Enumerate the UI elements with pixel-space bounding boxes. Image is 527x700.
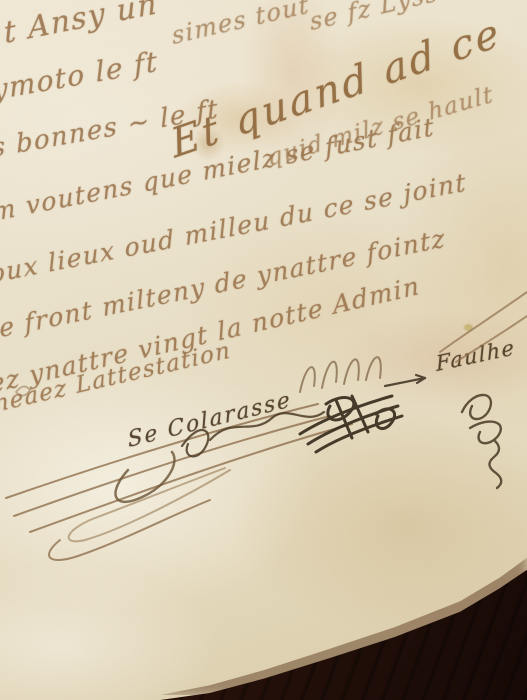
signature-flourish-ink	[0, 0, 527, 700]
bottom-loop-flourish	[69, 468, 230, 541]
manuscript-photo: t Ansy un simes tout se fz Lyss ymoto le…	[0, 0, 527, 700]
signature-sweep-strokes	[6, 404, 352, 560]
signature-ascenders	[300, 357, 381, 392]
arrow-stroke	[385, 375, 425, 386]
right-edge-strokes	[440, 292, 527, 362]
small-ink-mark	[16, 386, 30, 395]
right-knot-paraph	[462, 395, 501, 488]
